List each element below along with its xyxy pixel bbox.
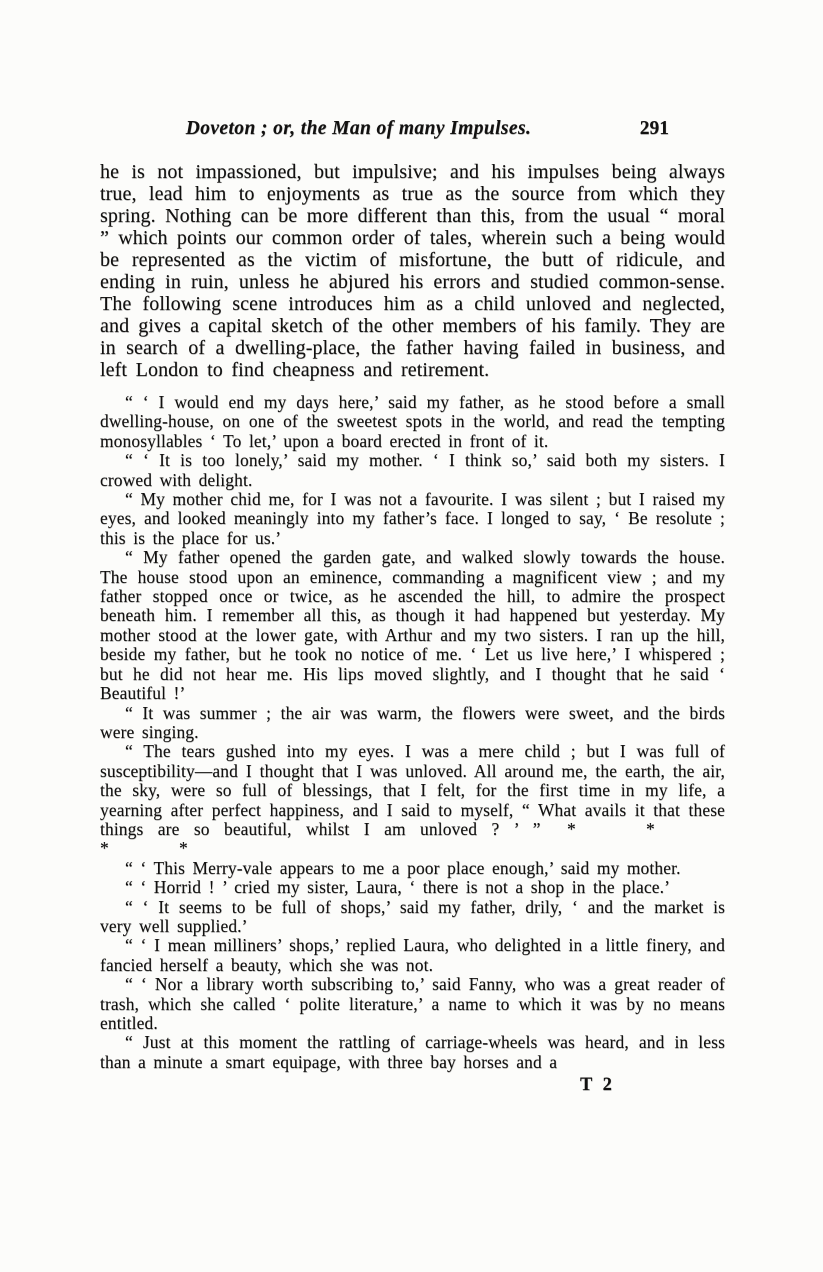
signature-mark: T 2 [100,1075,725,1096]
extract-paragraph: “ ‘ I would end my days here,’ said my f… [100,393,725,451]
extract-paragraph: “ My father opened the garden gate, and … [100,548,725,703]
extract-section: “ ‘ I would end my days here,’ said my f… [100,393,725,1072]
extract-paragraph: “ ‘ Nor a library worth subscribing to,’… [100,975,725,1033]
extract-paragraph: “ ‘ It seems to be full of shops,’ said … [100,898,725,937]
book-page: Doveton ; or, the Man of many Impulses. … [0,0,823,1272]
extract-paragraph: “ It was summer ; the air was warm, the … [100,704,725,743]
extract-paragraph: “ The tears gushed into my eyes. I was a… [100,742,725,858]
extract-paragraph: “ My mother chid me, for I was not a fav… [100,490,725,548]
extract-paragraph: “ ‘ This Merry-vale appears to me a poor… [100,859,725,878]
running-header: Doveton ; or, the Man of many Impulses. … [100,118,725,144]
extract-paragraph: “ ‘ It is too lonely,’ said my mother. ‘… [100,451,725,490]
extract-paragraph: “ ‘ I mean milliners’ shops,’ replied La… [100,936,725,975]
intro-paragraph: he is not impassioned, but impulsive; an… [100,161,725,381]
page-content: Doveton ; or, the Man of many Impulses. … [100,118,725,1096]
extract-paragraph: “ Just at this moment the rattling of ca… [100,1033,725,1072]
page-number: 291 [640,118,669,140]
running-header-title: Doveton ; or, the Man of many Impulses. [100,118,617,140]
extract-paragraph: “ ‘ Horrid ! ’ cried my sister, Laura, ‘… [100,878,725,897]
